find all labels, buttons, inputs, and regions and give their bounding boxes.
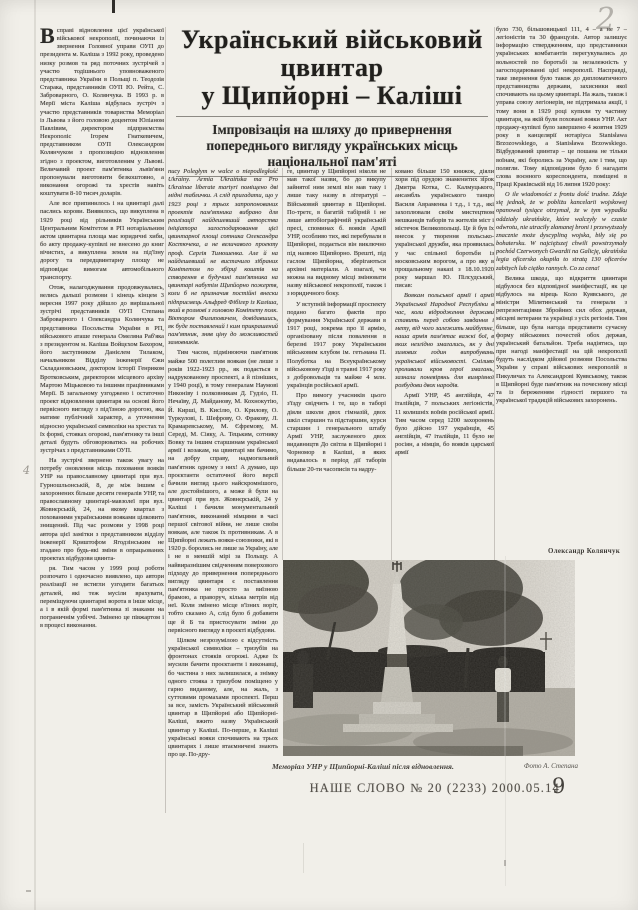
body-paragraph: Про вимогу учасників цього з'їзду свідчи… [287,392,386,474]
article-author: Олександр Колянчук [496,548,620,555]
photo-caption: Меморіал УНР у Щипйорні-Каліші після від… [272,762,454,771]
body-paragraph: Воякам польської армії і армії Українськ… [395,292,494,390]
headline-block: Український військовий цвинтар у Щипйорн… [168,26,496,182]
photo-caption-row: Меморіал УНР у Щипйорні-Каліші після від… [272,762,578,771]
body-paragraph: Але все припинилось і на цвинтарі далі п… [40,200,164,282]
newspaper-masthead-footer: НАШЕ СЛОВО № 20 (2233) 2000.05.14 [300,781,560,796]
pencil-scribble [26,890,31,892]
body-paragraph: У вступній інформації проспекту подано б… [287,301,386,391]
body-paragraph: На зустрічі звернено також увагу на потр… [40,457,164,563]
scan-edge-mark [112,0,115,13]
body-paragraph: O ile wiadomości z frontu dość trudne. Z… [496,191,627,273]
body-column-1: В справі відновлення цієї української ві… [40,27,164,815]
body-column-2: пису Poległym w walce o niepodległość Uk… [168,168,278,772]
scanned-newspaper-page: 2 4 Український військовий цвинтар у Щип… [0,0,638,910]
column-rule-1 [165,27,166,813]
scan-line-bottom [303,843,304,873]
column-rule-3 [391,168,392,560]
body-column-5: було 730, більшовицької 111, 4 – а не 7 … [496,26,627,546]
body-column-3: ге, цвинтар у Щипйорні ніколи не мав так… [287,168,386,560]
article-title-line2: цвинтар [168,54,496,82]
article-title-line1: Український військовий [168,26,496,54]
body-paragraph: Армії УНР, 45 англійців, 47 італійців, 7… [395,392,494,457]
body-paragraph: ковано більше 150 книжок, діяли хори під… [395,168,494,290]
headline-rule-top [176,116,488,117]
column-rule-2 [282,168,283,560]
article-subtitle-line1: Імпровізація на шляху до привернення [168,122,496,138]
photo-credit: Фото А. Степана [524,762,578,771]
cemetery-photo [283,560,575,756]
article-subtitle-line2: попереднього вигляду українських місць [168,138,496,154]
body-paragraph: В справі відновлення цієї української ві… [40,27,164,198]
body-paragraph: Отож, налагоджування продовжувались, вел… [40,284,164,455]
page-number: 9 [552,774,565,798]
scan-speck [504,860,506,866]
cemetery-photo-art [283,560,575,756]
body-paragraph: Велика шкода, що відкриття цвинтаря відб… [496,275,627,406]
body-paragraph: Тим часом, підмінюючи пам'ятник майже 50… [168,349,278,634]
article-title-line3: у Щипйорні – Каліші [168,82,496,110]
body-paragraph: ря. Тим часом у 1999 році роботи розпоча… [40,565,164,630]
body-paragraph: було 730, більшовицької 111, 4 – а не 7 … [496,26,627,189]
body-column-4: ковано більше 150 книжок, діяли хори під… [395,168,494,560]
pencil-margin-mark: 4 [23,464,30,477]
body-paragraph: пису Poległym w walce o niepodległość Uk… [168,168,278,347]
body-paragraph: Цілком незрозумілою є відсутність україн… [168,637,278,759]
body-paragraph: ге, цвинтар у Щипйорні ніколи не мав так… [287,168,386,299]
fold-crease-left [34,0,36,910]
